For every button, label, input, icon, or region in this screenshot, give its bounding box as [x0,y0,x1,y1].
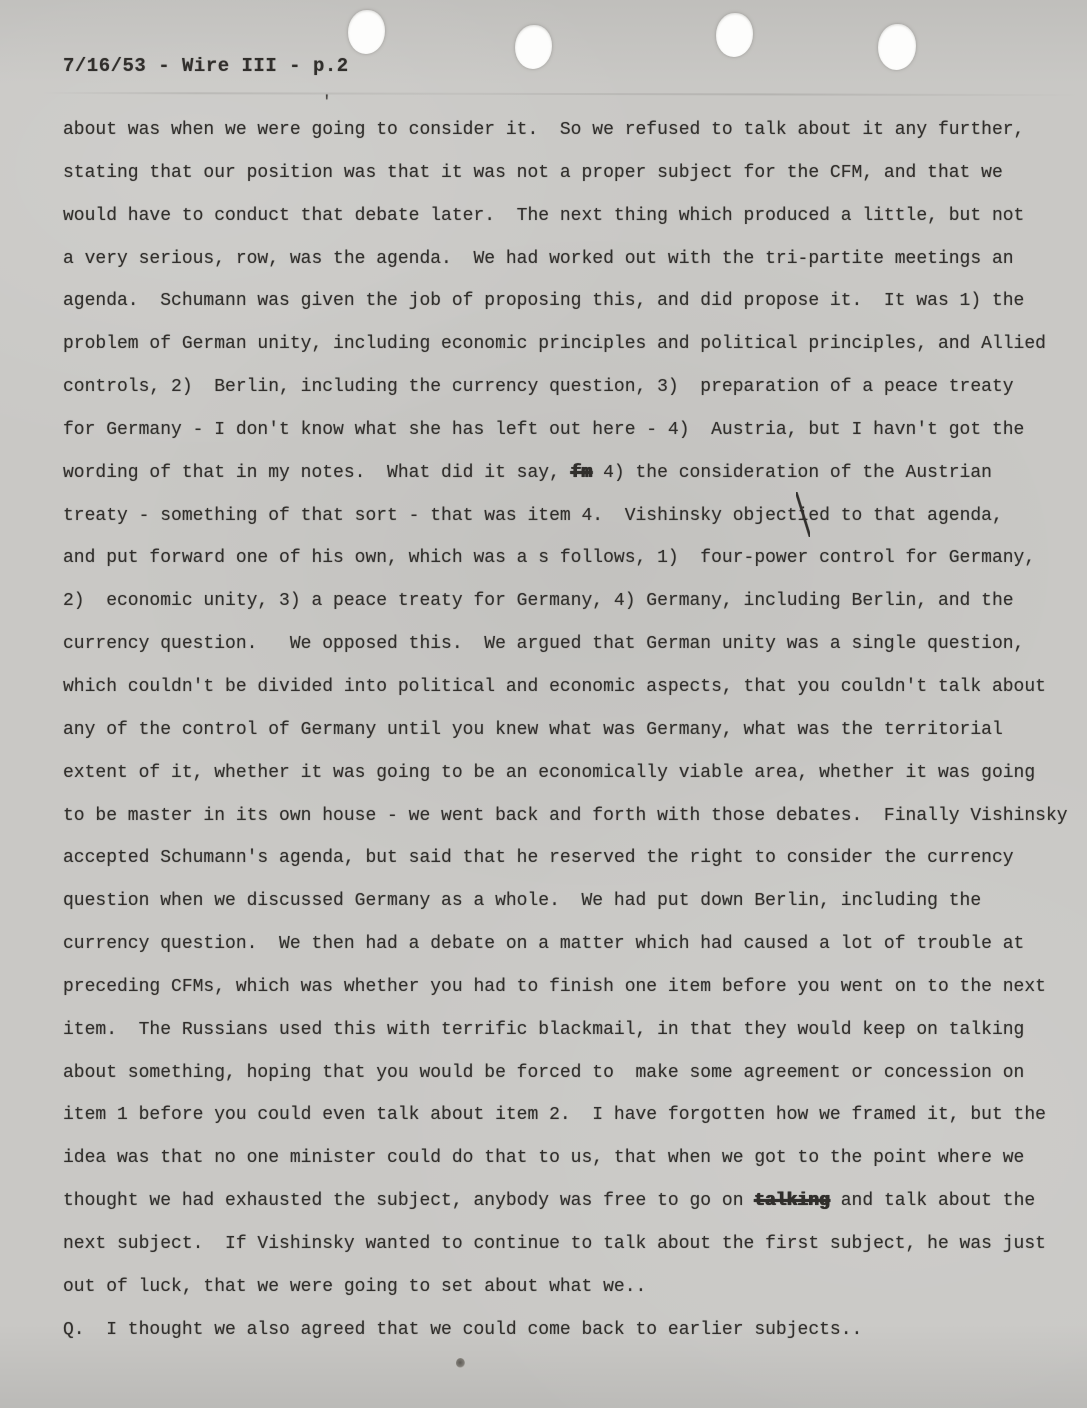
text-segment: out of luck, that we were going to set a… [63,1277,646,1297]
punch-hole [716,13,753,57]
text-segment: about was when we were going to consider… [63,120,1024,140]
page-header: 7/16/53 - Wire III - p.2 [63,55,349,77]
text-line: a very serious, row, was the agenda. We … [63,238,1073,281]
text-segment: currency question. We then had a debate … [63,934,1024,954]
text-segment: 2) economic unity, 3) a peace treaty for… [63,591,1014,611]
text-line: which couldn't be divided into political… [63,666,1073,709]
text-segment: stating that our position was that it wa… [63,163,1003,183]
text-line: agenda. Schumann was given the job of pr… [63,280,1073,323]
punch-hole [348,10,385,54]
text-segment: item. The Russians used this with terrif… [63,1020,1024,1040]
text-line: and put forward one of his own, which wa… [63,537,1073,580]
text-segment: for Germany - I don't know what she has … [63,420,1024,440]
text-line: problem of German unity, including econo… [63,323,1073,366]
text-segment: a very serious, row, was the agenda. We … [63,249,1014,269]
struck-out-text: talking [754,1191,830,1211]
struck-out-text: fm [571,463,593,483]
text-segment: Q. I thought we also agreed that we coul… [63,1320,862,1340]
transcript-body: about was when we were going to consider… [63,109,1073,1351]
text-segment: currency question. We opposed this. We a… [63,634,1024,654]
text-line: stating that our position was that it wa… [63,152,1073,195]
text-segment: extent of it, whether it was going to be… [63,763,1035,783]
text-line: to be master in its own house - we went … [63,795,1073,838]
text-line: idea was that no one minister could do t… [63,1137,1073,1180]
text-segment: next subject. If Vishinsky wanted to con… [63,1234,1046,1254]
text-segment: controls, 2) Berlin, including the curre… [63,377,1014,397]
text-line: extent of it, whether it was going to be… [63,752,1073,795]
text-segment: any of the control of Germany until you … [63,720,1003,740]
scanned-document-page: 7/16/53 - Wire III - p.2 ' about was whe… [0,0,1087,1408]
text-segment: accepted Schumann's agenda, but said tha… [63,848,1014,868]
text-segment: idea was that no one minister could do t… [63,1148,1024,1168]
text-segment: 4) the consideration of the Austrian [592,463,992,483]
punch-hole [878,24,916,70]
text-line: controls, 2) Berlin, including the curre… [63,366,1073,409]
text-segment: about something, hoping that you would b… [63,1063,1024,1083]
text-line: thought we had exhausted the subject, an… [63,1180,1073,1223]
smudge-mark [456,1358,465,1368]
text-segment: to be master in its own house - we went … [63,806,1068,826]
paper-crease [40,92,1080,96]
text-line: next subject. If Vishinsky wanted to con… [63,1223,1073,1266]
text-line: any of the control of Germany until you … [63,709,1073,752]
slashed-character: i [798,495,809,538]
text-line: currency question. We opposed this. We a… [63,623,1073,666]
text-segment: and put forward one of his own, which wa… [63,548,1035,568]
text-line: item. The Russians used this with terrif… [63,1009,1073,1052]
text-line: accepted Schumann's agenda, but said tha… [63,837,1073,880]
text-segment: wording of that in my notes. What did it… [63,463,571,483]
text-line: for Germany - I don't know what she has … [63,409,1073,452]
text-line: out of luck, that we were going to set a… [63,1266,1073,1309]
text-line: wording of that in my notes. What did it… [63,452,1073,495]
punch-hole [515,25,552,69]
text-segment: agenda. Schumann was given the job of pr… [63,291,1024,311]
text-segment: preceding CFMs, which was whether you ha… [63,977,1046,997]
text-line: treaty - something of that sort - that w… [63,495,1073,538]
text-segment: item 1 before you could even talk about … [63,1105,1046,1125]
text-line: would have to conduct that debate later.… [63,195,1073,238]
text-segment: thought we had exhausted the subject, an… [63,1191,754,1211]
text-line: Q. I thought we also agreed that we coul… [63,1309,1073,1352]
text-line: preceding CFMs, which was whether you ha… [63,966,1073,1009]
text-line: item 1 before you could even talk about … [63,1094,1073,1137]
text-segment: would have to conduct that debate later.… [63,206,1024,226]
text-segment: problem of German unity, including econo… [63,334,1046,354]
text-segment: and talk about the [830,1191,1035,1211]
text-line: 2) economic unity, 3) a peace treaty for… [63,580,1073,623]
text-line: about something, hoping that you would b… [63,1052,1073,1095]
text-line: question when we discussed Germany as a … [63,880,1073,923]
text-line: currency question. We then had a debate … [63,923,1073,966]
text-segment: ed to that agenda, [808,506,1002,526]
text-segment: treaty - something of that sort - that w… [63,506,798,526]
text-segment: question when we discussed Germany as a … [63,891,981,911]
text-segment: which couldn't be divided into political… [63,677,1046,697]
text-line: about was when we were going to consider… [63,109,1073,152]
